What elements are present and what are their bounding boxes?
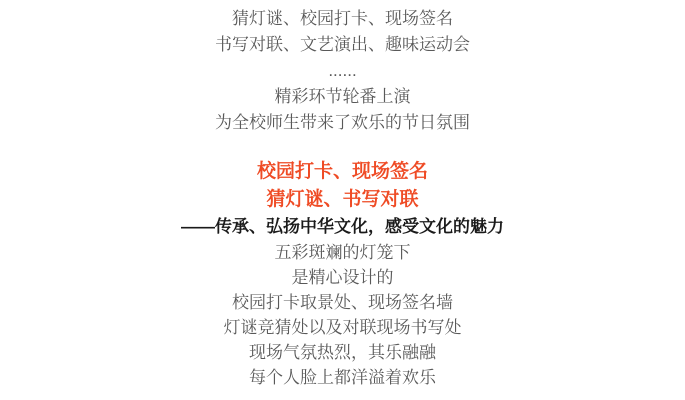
intro-line-4: 精彩环节轮番上演 — [0, 84, 685, 110]
body-line-5: 现场气氛热烈，其乐融融 — [0, 340, 685, 365]
body-line-3: 校园打卡取景处、现场签名墙 — [0, 290, 685, 315]
intro-line-1: 猜灯谜、校园打卡、现场签名 — [0, 6, 685, 32]
highlight-paragraph: 校园打卡、现场签名 猜灯谜、书写对联 — [0, 158, 685, 214]
body-line-1: 五彩斑斓的灯笼下 — [0, 240, 685, 265]
intro-line-5: 为全校师生带来了欢乐的节日氛围 — [0, 110, 685, 136]
body-paragraph: 五彩斑斓的灯笼下 是精心设计的 校园打卡取景处、现场签名墙 灯谜竞猜处以及对联现… — [0, 240, 685, 390]
ellipsis-line: ...... — [0, 58, 685, 84]
body-line-2: 是精心设计的 — [0, 265, 685, 290]
highlight-line-1: 校园打卡、现场签名 — [0, 158, 685, 186]
intro-line-2: 书写对联、文艺演出、趣味运动会 — [0, 32, 685, 58]
subtitle-line: ——传承、弘扬中华文化，感受文化的魅力 — [0, 214, 685, 240]
body-line-6: 每个人脸上都洋溢着欢乐 — [0, 365, 685, 390]
article-page: 猜灯谜、校园打卡、现场签名 书写对联、文艺演出、趣味运动会 ...... 精彩环… — [0, 0, 685, 400]
highlight-line-2: 猜灯谜、书写对联 — [0, 186, 685, 214]
body-line-4: 灯谜竞猜处以及对联现场书写处 — [0, 315, 685, 340]
intro-paragraph: 猜灯谜、校园打卡、现场签名 书写对联、文艺演出、趣味运动会 ...... 精彩环… — [0, 6, 685, 136]
